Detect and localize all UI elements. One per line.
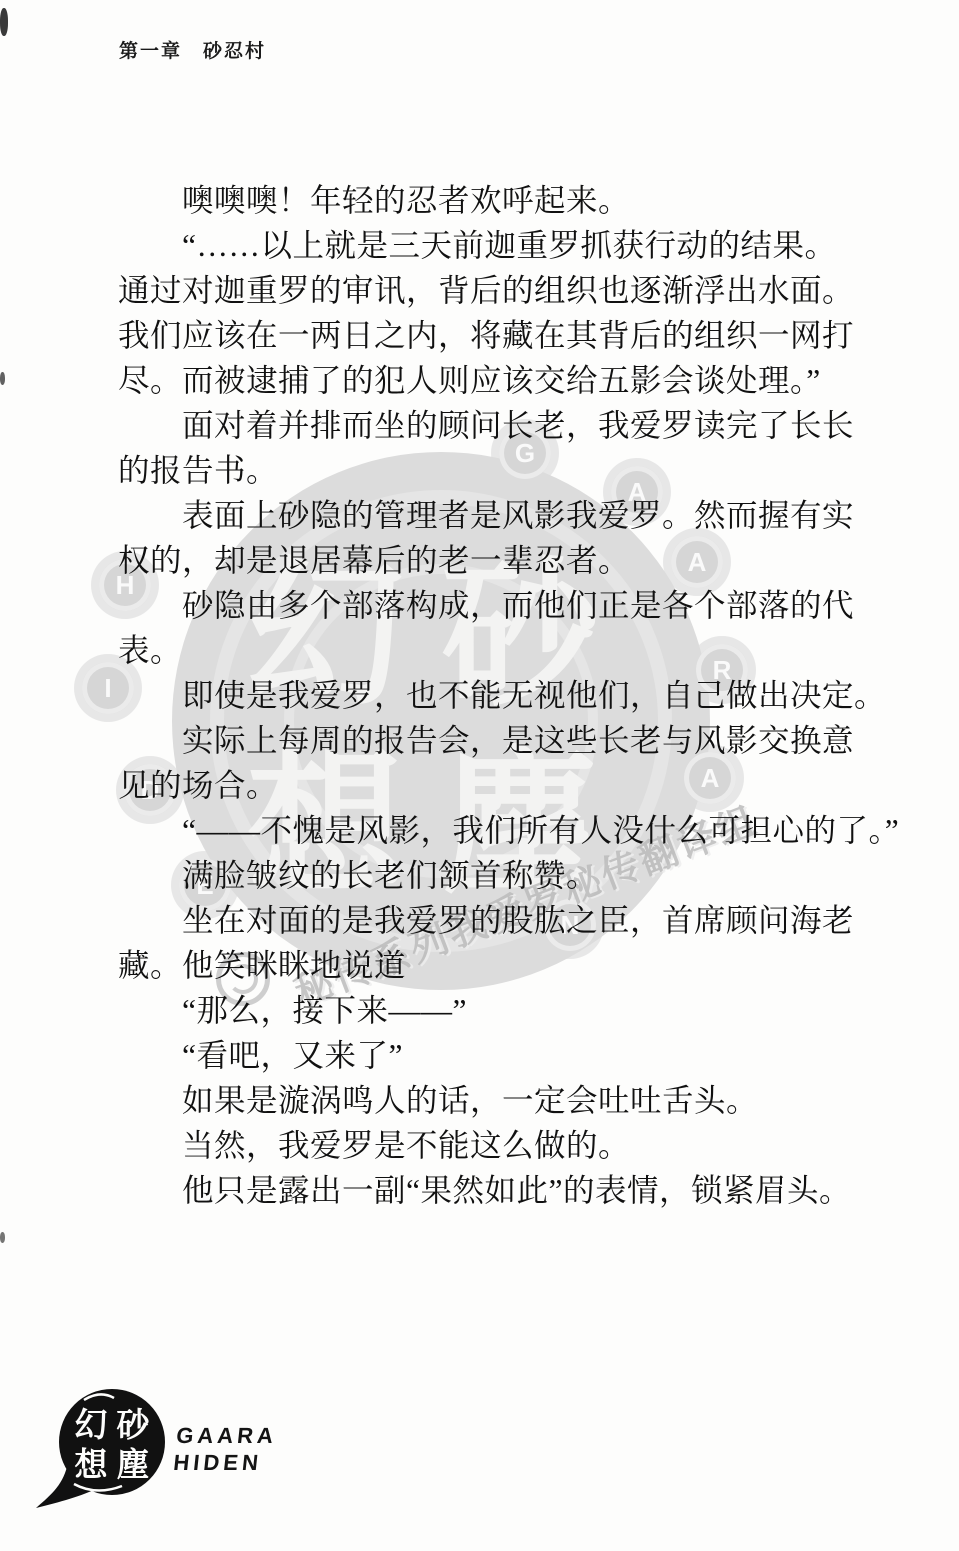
- body-line: “——不愧是风影，我们所有人没什么可担心的了。”: [118, 808, 858, 853]
- scan-artifact: [0, 1232, 5, 1243]
- body-line: 我们应该在一两日之内，将藏在其背后的组织一网打: [118, 313, 858, 358]
- body-line: 面对着并排而坐的顾问长老，我爱罗读完了长长: [118, 403, 858, 448]
- body-line: “那么，接下来——”: [118, 988, 858, 1033]
- body-line: 实际上每周的报告会，是这些长老与风影交换意: [118, 718, 858, 763]
- body-line: 坐在对面的是我爱罗的股肱之臣，首席顾问海老: [118, 898, 858, 943]
- body-line: 噢噢噢！年轻的忍者欢呼起来。: [118, 178, 858, 223]
- body-line: 的报告书。: [118, 448, 858, 493]
- body-line: 如果是漩涡鸣人的话，一定会吐吐舌头。: [118, 1078, 858, 1123]
- body-line: 砂隐由多个部落构成，而他们正是各个部落的代: [118, 583, 858, 628]
- logo-title-gaara: GAARA: [175, 1422, 279, 1449]
- logo-wordmark: GAARA HIDEN: [172, 1422, 278, 1476]
- body-line: 尽。而被逮捕了的犯人则应该交给五影会谈处理。”: [118, 358, 858, 403]
- body-line: 当然，我爱罗是不能这么做的。: [118, 1123, 858, 1168]
- body-line: 通过对迦重罗的审讯，背后的组织也逐渐浮出水面。: [118, 268, 858, 313]
- body-line: 他只是露出一副“果然如此”的表情，锁紧眉头。: [118, 1168, 858, 1213]
- logo-character: 砂: [117, 1406, 151, 1443]
- book-page: 第一章 砂忍村 幻 砂 想 塵 G A A R A H I D E N 秘传系列…: [0, 0, 959, 1551]
- logo-title-hiden: HIDEN: [172, 1449, 276, 1476]
- body-line: “……以上就是三天前迦重罗抓获行动的结果。: [118, 223, 858, 268]
- body-line: 表。: [118, 628, 858, 673]
- body-line: 即使是我爱罗，也不能无视他们，自己做出决定。: [118, 673, 858, 718]
- chapter-header: 第一章 砂忍村: [119, 36, 266, 63]
- body-line: 藏。他笑眯眯地说道: [118, 943, 858, 988]
- scan-artifact: [0, 8, 8, 36]
- logo-character: 幻: [75, 1406, 108, 1443]
- gaara-hiden-logo-icon: 幻 砂 想 塵: [26, 1384, 176, 1524]
- body-line: 满脸皱纹的长老们颔首称赞。: [118, 853, 858, 898]
- body-line: “看吧，又来了”: [118, 1033, 858, 1078]
- body-line: 权的，却是退居幕后的老一辈忍者。: [118, 538, 858, 583]
- body-line: 表面上砂隐的管理者是风影我爱罗。然而握有实: [118, 493, 858, 538]
- body-text: 噢噢噢！年轻的忍者欢呼起来。 “……以上就是三天前迦重罗抓获行动的结果。 通过对…: [118, 178, 858, 1213]
- logo-character: 想: [75, 1446, 109, 1483]
- scan-artifact: [0, 372, 5, 385]
- body-line: 见的场合。: [118, 763, 858, 808]
- logo-character: 塵: [117, 1446, 150, 1483]
